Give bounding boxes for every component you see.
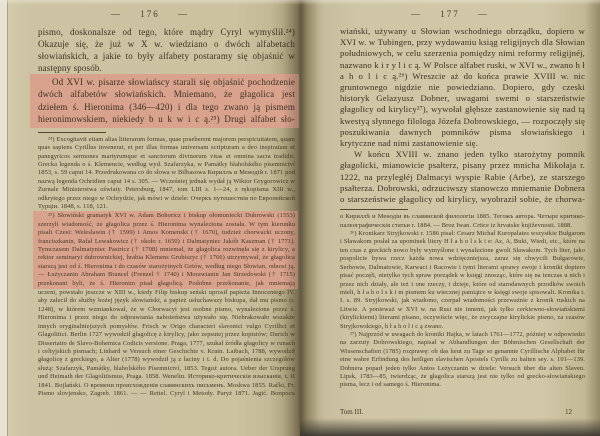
- footnote-27: ²⁷) Najprzód w uwagach do kroniki Hajka,…: [340, 331, 585, 390]
- page-177-text-column: wiański, używany u Słowian wschodniego o…: [340, 26, 585, 390]
- footnote-25-carryover: o Кириллѣ и Меѳодіи въ славянской филоло…: [340, 213, 585, 230]
- footnote-26: ²⁶) Kronikarz Stryjkowski r. 1586 pisał:…: [340, 230, 585, 331]
- body-paragraph: wiański, używany u Słowian wschodniego o…: [340, 26, 585, 149]
- sheet-signature: 12: [565, 408, 572, 416]
- page-signature-row: Tom III. 12: [340, 408, 572, 416]
- highlighted-footnote-25: ²⁵) Słowiński gramatyk XVI w. Adam Bohor…: [38, 211, 295, 289]
- book-scan: — 176 — pismo, doskonalsze od tego, któr…: [0, 0, 600, 436]
- footnote-separator-rule: [38, 132, 106, 133]
- page-176-text-column: pismo, doskonalsze od tego, które mądry …: [38, 26, 295, 398]
- page-177: — 177 — wiański, używany u Słowian wscho…: [300, 0, 600, 436]
- page-176: — 176 — pismo, doskonalsze od tego, któr…: [0, 0, 300, 436]
- adjacent-page-edge: [0, 0, 8, 436]
- footnote-separator-rule: [340, 209, 408, 210]
- footnote-24: ²⁴) Excogitavit etiam alias litterarum f…: [38, 136, 295, 212]
- volume-signature: Tom III.: [340, 408, 363, 416]
- body-paragraph: pismo, doskonalsze od tego, które mądry …: [38, 26, 295, 74]
- highlighted-body-paragraph: Od XVI w. pisarze słowiańscy starali się…: [38, 74, 295, 127]
- body-paragraph: W końcu XVIII w. znano jeden tylko staro…: [340, 149, 585, 205]
- page-176-number: — 176 —: [0, 0, 300, 19]
- page-177-number: — 177 —: [300, 0, 600, 19]
- footnote-25-continuation: uczeni, powstało jeszcze w XIII w., kied…: [38, 289, 295, 398]
